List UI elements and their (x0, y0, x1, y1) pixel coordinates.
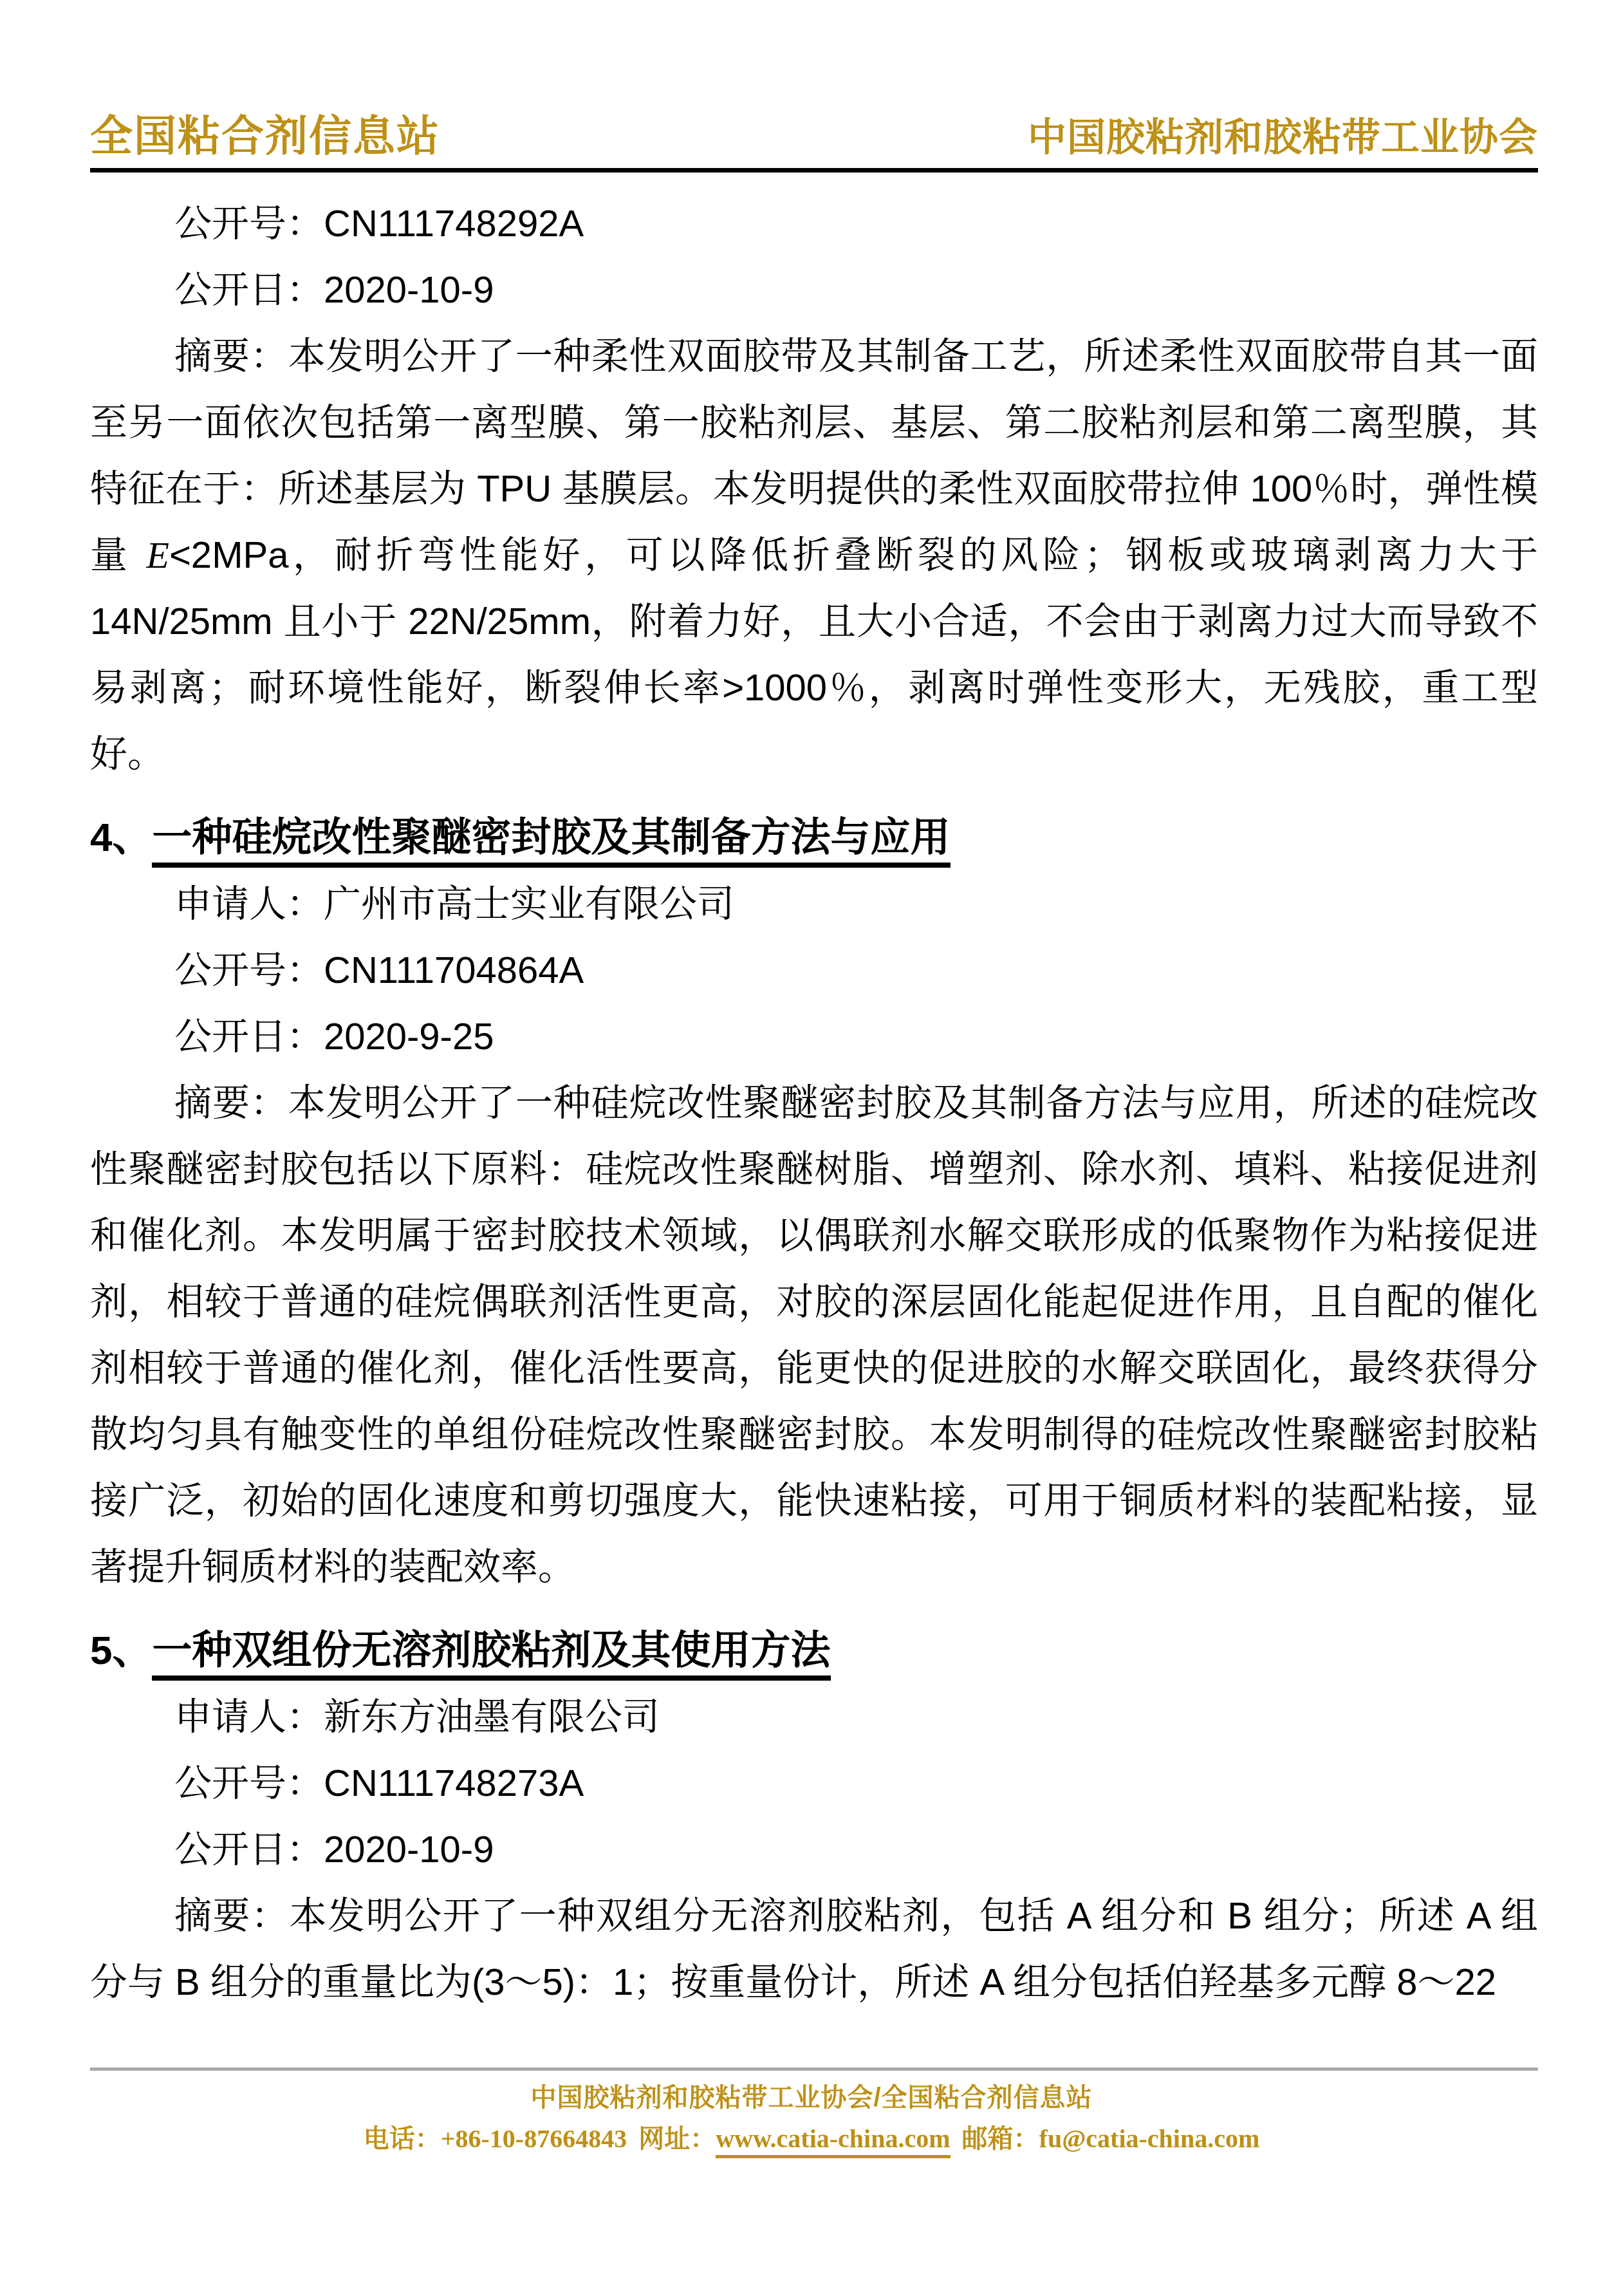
publication-date-label: 公开日： (174, 1829, 324, 1871)
applicant-label: 申请人： (174, 1696, 324, 1738)
patent-title: 一种硅烷改性聚醚密封胶及其制备方法与应用 (152, 816, 950, 868)
publication-number-label: 公开号： (174, 949, 324, 991)
publication-number-line: 公开号：CN111748273A (90, 1750, 1538, 1816)
publication-number-value: CN111748273A (324, 1762, 584, 1804)
patent-title-heading: 4、一种硅烷改性聚醚密封胶及其制备方法与应用 (90, 805, 1538, 871)
footer-contact-line: 电话：+86-10-87664843网址：www.catia-china.com… (0, 2122, 1623, 2156)
publication-date-value: 2020-10-9 (324, 269, 494, 311)
page-header: 全国粘合剂信息站 中国胶粘剂和胶粘带工业协会 (90, 111, 1538, 163)
elastic-modulus-symbol: E (147, 534, 169, 576)
publication-number-value: CN111748292A (324, 203, 584, 245)
footer-email-label: 邮箱： (962, 2124, 1039, 2153)
abstract-text-part2: <2MPa，耐折弯性能好，可以降低折叠断裂的风险；钢板或玻璃剥离力大于 14N/… (90, 534, 1538, 775)
applicant-value: 广州市高士实业有限公司 (324, 883, 734, 925)
applicant-label: 申请人： (174, 883, 324, 925)
publication-date-value: 2020-9-25 (324, 1016, 494, 1058)
patent-index: 5、 (90, 1629, 152, 1673)
patent-title: 一种双组份无溶剂胶粘剂及其使用方法 (152, 1629, 830, 1681)
footer-phone: 电话：+86-10-87664843 (364, 2124, 627, 2153)
abstract-paragraph: 摘要：本发明公开了一种双组分无溶剂胶粘剂，包括 A 组分和 B 组分；所述 A … (90, 1883, 1538, 2015)
publication-date-line: 公开日：2020-9-25 (90, 1003, 1538, 1070)
patent-section-5: 5、一种双组份无溶剂胶粘剂及其使用方法 申请人：新东方油墨有限公司 公开号：CN… (90, 1618, 1538, 2015)
site-name-title: 全国粘合剂信息站 (90, 111, 440, 161)
footer-website-label: 网址： (638, 2124, 716, 2153)
patent-title-heading: 5、一种双组份无溶剂胶粘剂及其使用方法 (90, 1618, 1538, 1684)
publication-date-line: 公开日：2020-10-9 (90, 257, 1538, 323)
publication-number-value: CN111704864A (324, 949, 584, 991)
document-page: 全国粘合剂信息站 中国胶粘剂和胶粘带工业协会 公开号：CN111748292A … (0, 0, 1623, 2296)
publication-number-label: 公开号： (174, 203, 324, 245)
footer-organization-line: 中国胶粘剂和胶粘带工业协会/全国粘合剂信息站 (0, 2081, 1623, 2114)
patent-section-3-continued: 公开号：CN111748292A 公开日：2020-10-9 摘要：本发明公开了… (90, 191, 1538, 787)
patent-index: 4、 (90, 816, 152, 860)
association-name-title: 中国胶粘剂和胶粘带工业协会 (1028, 113, 1538, 163)
footer-website-link[interactable]: www.catia-china.com (716, 2124, 950, 2158)
publication-date-label: 公开日： (174, 269, 324, 311)
applicant-value: 新东方油墨有限公司 (324, 1696, 660, 1738)
footer-email: fu@catia-china.com (1039, 2124, 1260, 2153)
publication-number-line: 公开号：CN111748292A (90, 191, 1538, 257)
header-rule (90, 168, 1538, 173)
applicant-line: 申请人：广州市高士实业有限公司 (90, 871, 1538, 937)
publication-number-label: 公开号： (174, 1762, 324, 1804)
applicant-line: 申请人：新东方油墨有限公司 (90, 1684, 1538, 1750)
publication-number-line: 公开号：CN111704864A (90, 937, 1538, 1003)
page-footer: 中国胶粘剂和胶粘带工业协会/全国粘合剂信息站 电话：+86-10-8766484… (0, 2067, 1623, 2156)
document-body: 公开号：CN111748292A 公开日：2020-10-9 摘要：本发明公开了… (90, 173, 1538, 2015)
abstract-paragraph: 摘要：本发明公开了一种柔性双面胶带及其制备工艺，所述柔性双面胶带自其一面至另一面… (90, 323, 1538, 787)
publication-date-value: 2020-10-9 (324, 1829, 494, 1871)
publication-date-line: 公开日：2020-10-9 (90, 1816, 1538, 1883)
abstract-paragraph: 摘要：本发明公开了一种硅烷改性聚醚密封胶及其制备方法与应用，所述的硅烷改性聚醚密… (90, 1070, 1538, 1600)
patent-section-4: 4、一种硅烷改性聚醚密封胶及其制备方法与应用 申请人：广州市高士实业有限公司 公… (90, 805, 1538, 1600)
footer-separator-rule (90, 2067, 1538, 2071)
publication-date-label: 公开日： (174, 1016, 324, 1058)
